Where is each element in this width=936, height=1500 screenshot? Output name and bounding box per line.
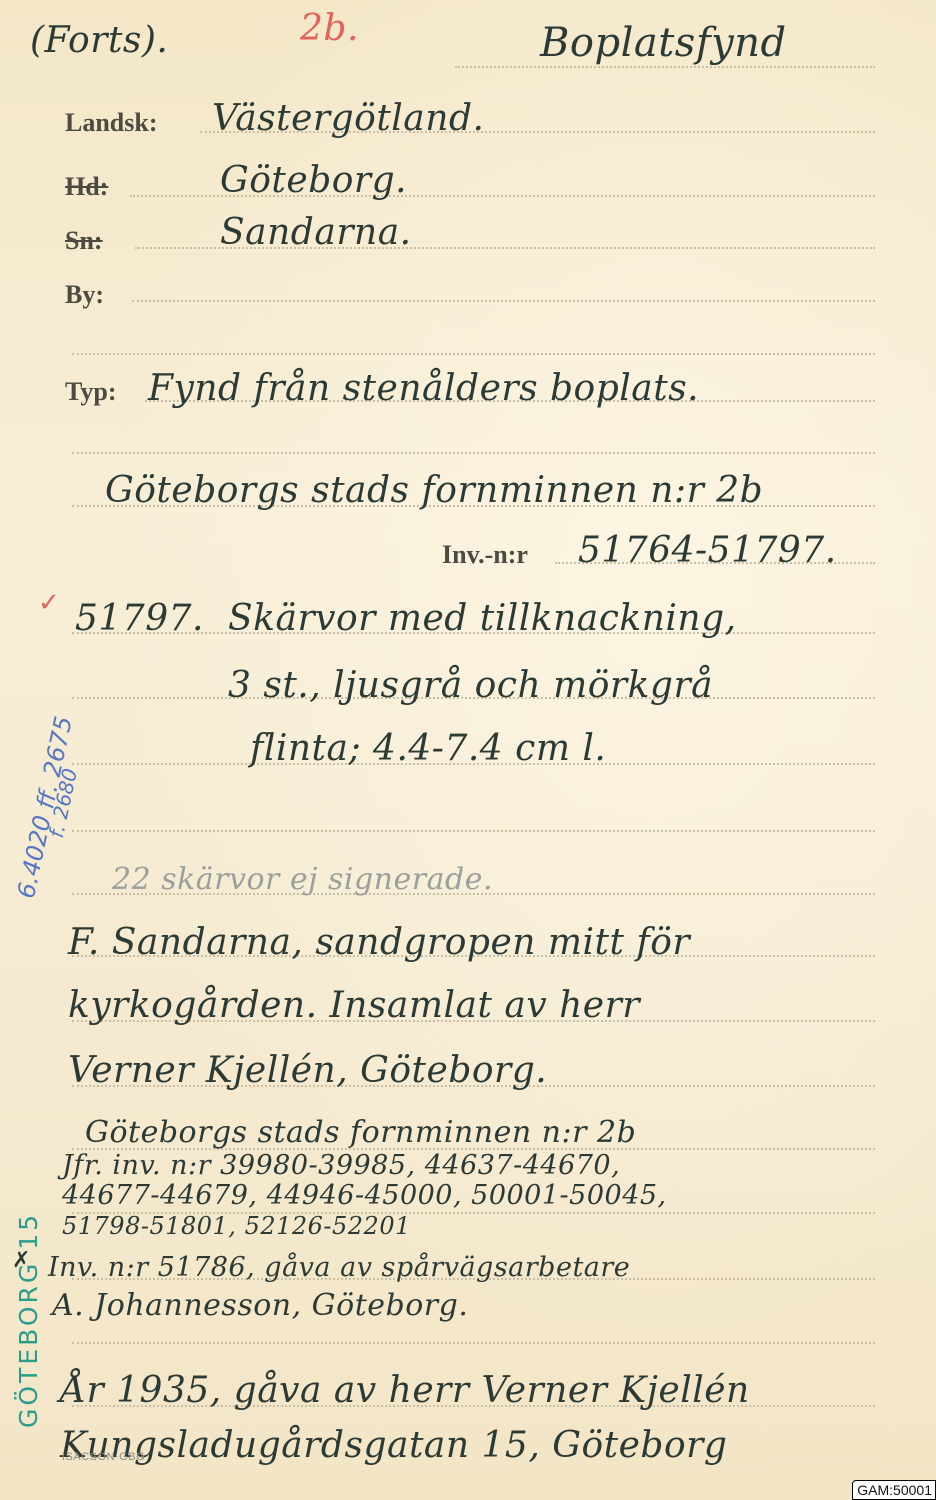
catalog-card: (Forts). 2b. Boplatsfynd Landsk: Västerg… — [0, 0, 936, 1500]
references-line-4: 51798-51801, 52126-52201 — [62, 1212, 411, 1240]
continuation-note: (Forts). — [30, 20, 168, 61]
red-check-mark: ✓ — [38, 588, 60, 618]
goteborg-stamp: GÖTEBORG 15 — [14, 1212, 43, 1428]
value-typ: Fynd från stenålders boplats. — [148, 368, 699, 409]
findspot-line-2: kyrkogården. Insamlat av herr — [68, 985, 640, 1026]
pencil-note: 22 skärvor ej signerade. — [112, 862, 493, 897]
rule-blank-2 — [72, 830, 875, 832]
label-inv: Inv.-n:r — [442, 540, 528, 570]
acquisition-line-1: År 1935, gåva av herr Verner Kjellén — [60, 1370, 750, 1411]
rule-blank — [72, 353, 875, 355]
header-rule — [455, 66, 875, 68]
label-hd: Hd: — [65, 172, 108, 202]
findspot-line-3: Verner Kjellén, Göteborg. — [68, 1050, 547, 1091]
value-hd: Göteborg. — [220, 160, 407, 201]
entry-number: 51797. — [75, 598, 204, 639]
findspot-line-1: F. Sandarna, sandgropen mitt för — [68, 922, 690, 963]
gift-line-1: Inv. n:r 51786, gåva av spårvägsarbetare — [48, 1252, 630, 1283]
rule-gift-2 — [72, 1342, 875, 1344]
category-title: Boplatsfynd — [540, 20, 787, 66]
label-landsk: Landsk: — [65, 108, 158, 138]
label-sn: Sn: — [65, 226, 103, 256]
archive-id-label: GAM:50001 — [852, 1480, 936, 1500]
entry-line-3: flinta; 4.4-7.4 cm l. — [250, 728, 606, 769]
fornminne-line: Göteborgs stads fornminnen n:r 2b — [105, 470, 763, 511]
printer-imprint: ISACSON·GBG — [62, 1451, 145, 1463]
rule-typ-2 — [72, 452, 875, 454]
entry-line-2: 3 st., ljusgrå och mörkgrå — [228, 665, 713, 706]
label-typ: Typ: — [65, 377, 117, 407]
gift-line-2: A. Johannesson, Göteborg. — [52, 1288, 468, 1323]
references-line-2: Jfr. inv. n:r 39980-39985, 44637-44670, — [62, 1150, 620, 1181]
value-sn: Sandarna. — [220, 212, 412, 253]
value-landsk: Västergötland. — [212, 98, 484, 139]
card-number: 2b. — [300, 8, 359, 49]
references-line-1: Göteborgs stads fornminnen n:r 2b — [85, 1115, 636, 1150]
label-by: By: — [65, 280, 104, 310]
rule-by — [132, 300, 875, 302]
references-line-3: 44677-44679, 44946-45000, 50001-50045, — [62, 1180, 667, 1211]
acquisition-line-2: Kungsladugårdsgatan 15, Göteborg — [60, 1425, 727, 1466]
entry-line-1: Skärvor med tillknackning, — [228, 598, 737, 639]
value-inv: 51764-51797. — [578, 530, 837, 571]
